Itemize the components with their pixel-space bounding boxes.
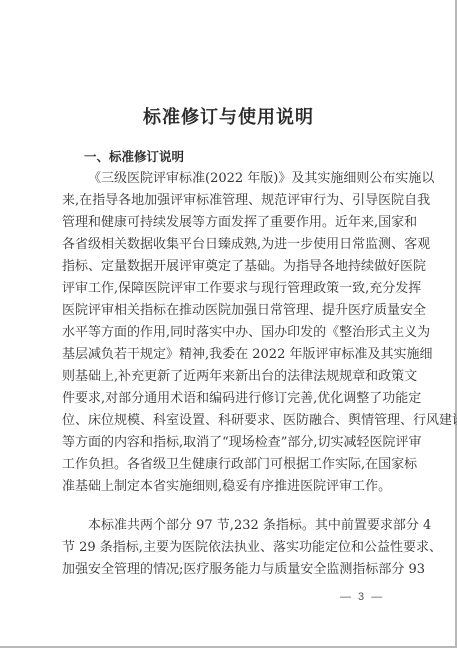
document-page: 标准修订与使用说明 一、标准修订说明 《三级医院评审标准(2022 年版)》及其…	[0, 0, 457, 648]
text-line: 《三级医院评审标准(2022 年版)》及其实施细则公布实施以	[62, 168, 402, 190]
text-line: 基层减负若干规定》精神,我委在 2022 年版评审标准及其实施细	[62, 344, 402, 366]
text-line: 件要求,对部分通用术语和编码进行修订完善,优化调整了功能定	[62, 388, 402, 410]
page-number: — 3 —	[340, 591, 384, 603]
text-line: 准基础上制定本省实施细则,稳妥有序推进医院评审工作。	[62, 476, 402, 498]
paragraph-1: 《三级医院评审标准(2022 年版)》及其实施细则公布实施以 来,在指导各地加强…	[62, 168, 402, 498]
text-line: 则基础上,补充更新了近两年来新出台的法律法规规章和政策文	[62, 366, 402, 388]
text-line: 来,在指导各地加强评审标准管理、规范评审行为、引导医院自我	[62, 190, 402, 212]
text-line: 指标、定量数据开展评审奠定了基础。为指导各地持续做好医院	[62, 256, 402, 278]
section-heading: 一、标准修订说明	[84, 147, 184, 165]
text-line: 评审工作,保障医院评审工作要求与现行管理政策一致,充分发挥	[62, 278, 402, 300]
text-line: 位、床位规模、科室设置、科研要求、医防融合、舆情管理、行风建设	[62, 410, 402, 432]
text-line: 等方面的内容和指标,取消了“现场检查”部分,切实减轻医院评审	[62, 432, 402, 454]
text-line: 各省级相关数据收集平台日臻成熟,为进一步使用日常监测、客观	[62, 234, 402, 256]
paragraph-2: 本标准共两个部分 97 节,232 条指标。其中前置要求部分 4 节 29 条指…	[62, 515, 402, 581]
text-line: 工作负担。各省级卫生健康行政部门可根据工作实际,在国家标	[62, 454, 402, 476]
text-line: 管理和健康可持续发展等方面发挥了重要作用。近年来,国家和	[62, 212, 402, 234]
text-line: 加强安全管理的情况;医疗服务能力与质量安全监测指标部分 93	[62, 559, 402, 581]
text-line: 医院评审相关指标在推动医院加强日常管理、提升医疗质量安全	[62, 300, 402, 322]
text-line: 节 29 条指标,主要为医院依法执业、落实功能定位和公益性要求、	[62, 537, 402, 559]
text-line: 本标准共两个部分 97 节,232 条指标。其中前置要求部分 4	[62, 515, 402, 537]
text-line: 水平等方面的作用,同时落实中办、国办印发的《整治形式主义为	[62, 322, 402, 344]
page-title: 标准修订与使用说明	[0, 103, 457, 129]
